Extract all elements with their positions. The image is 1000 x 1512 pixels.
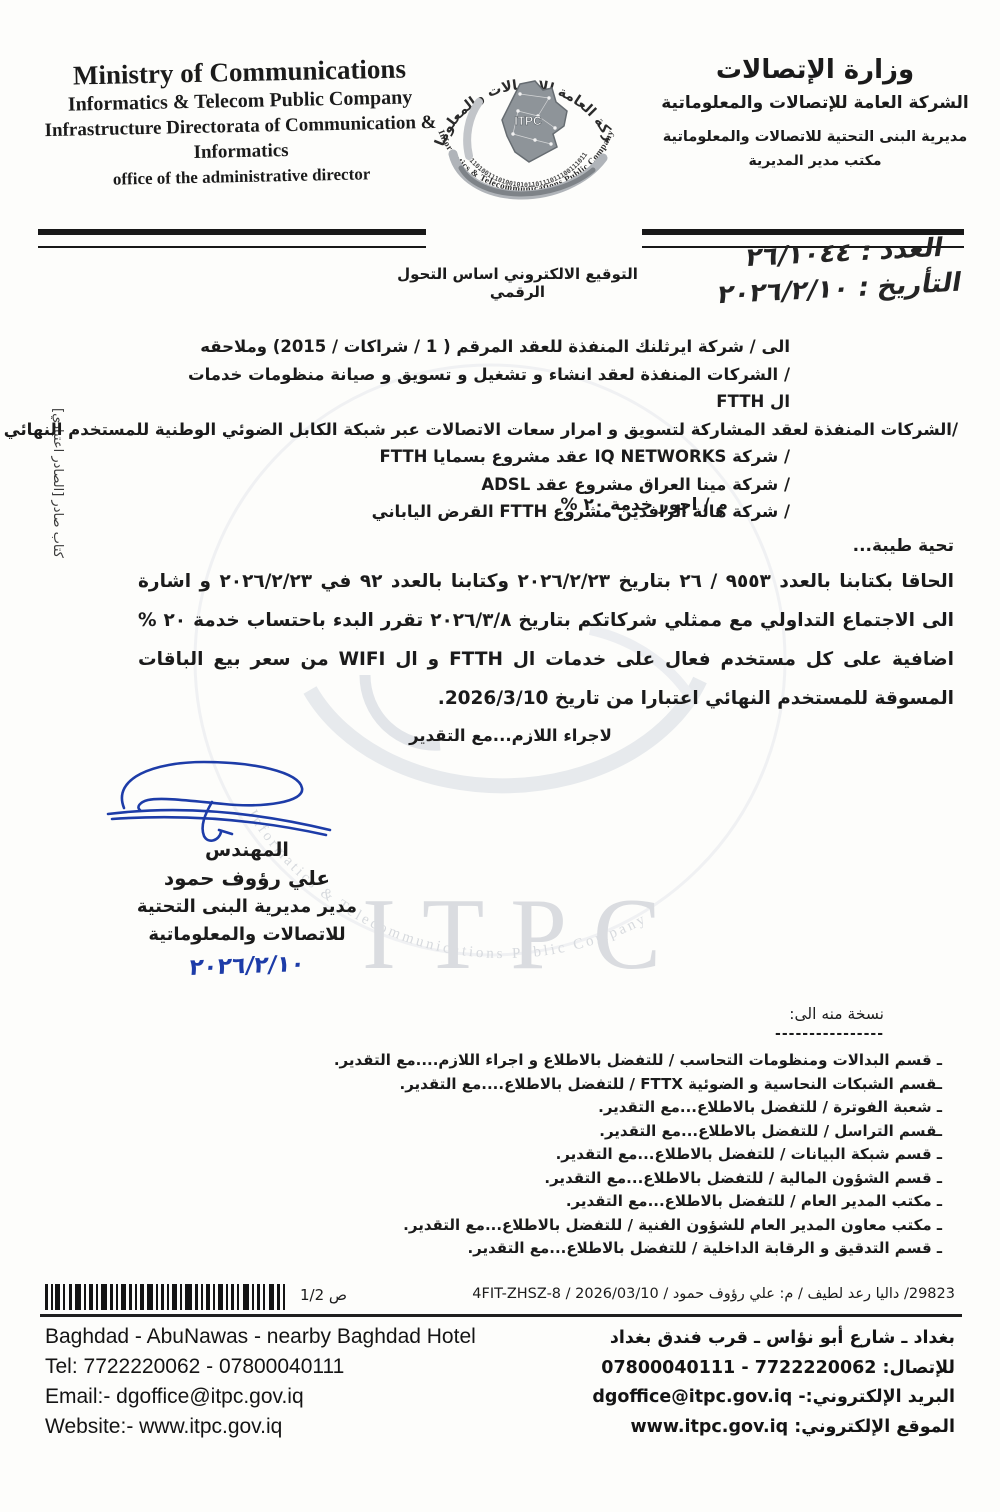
digital-signature-slogan: التوقيع الالكتروني اساس التحول الرقمي — [380, 265, 655, 301]
signer-name: علي رؤوف حمود — [118, 864, 376, 893]
directorate-en: Infrastructure Directorata of Communicat… — [28, 110, 454, 169]
cc-block: نسخة منه الى: ---------------- ـ قسم الب… — [322, 1002, 942, 1261]
cc-item: ـ قسم الشؤون المالية / للتفضل بالاطلاع..… — [322, 1167, 942, 1191]
footer-english: Baghdad - AbuNawas - nearby Baghdad Hote… — [45, 1322, 476, 1442]
page-indicator: ص 1/2 — [300, 1286, 347, 1304]
header-arabic: وزارة الإتصالات الشركة العامة للإتصالات … — [650, 52, 980, 172]
cc-item: ـ قسم البدالات ومنظومات التحاسب / للتفضل… — [322, 1049, 942, 1073]
ref-date: التأريخ : ٢٠٢٦/٢/١٠ — [715, 268, 963, 311]
office-ar: مكتب مدير المديرية — [650, 150, 980, 172]
footer-website-en: Website:- www.itpc.gov.iq — [45, 1412, 476, 1442]
directorate-ar: مديرية البنى التحتية للاتصالات والمعلوما… — [650, 124, 980, 150]
footer-tel-en: Tel: 7722220062 - 07800040111 — [45, 1352, 476, 1382]
cc-item: ـ مكتب المدير العام / للتفضل بالاطلاع...… — [322, 1190, 942, 1214]
addressee-line: الى / شركة ايرثلنك المنفذة للعقد المرقم … — [165, 333, 790, 361]
signature-block: المهندس علي رؤوف حمود مدير مديرية البنى … — [118, 836, 376, 983]
cc-item: ـ قسم شبكة البيانات / للتفضل بالاطلاع...… — [322, 1143, 942, 1167]
header-rule-left — [38, 229, 426, 248]
cc-item: ـ شعبة الفوترة / للتفضل بالاطلاع...مع ال… — [322, 1096, 942, 1120]
footer-website-ar: الموقع الإلكتروني: www.itpc.gov.iq — [592, 1413, 955, 1443]
addressee-line: / شركة IQ NETWORKS عقد مشروع بسمايا FTTH — [165, 443, 790, 471]
closing-line: لاجراء اللازم...مع التقدير — [388, 726, 633, 745]
company-logo: الشركة العامة للاتصالات والمعلوماتية 011… — [423, 36, 629, 242]
signature-date: ٢٠٢٦/٢/١٠ — [116, 945, 379, 988]
subject-line: م / اجور خدمة ٢٠ % — [561, 495, 729, 515]
watermark-itpc-text: ITPC — [362, 878, 687, 991]
cc-item: ـقسم الشبكات النحاسية و الضوئية FTTX / ل… — [322, 1073, 942, 1097]
cc-item: ـقسم التراسل / للتفضل بالاطلاع...مع التق… — [322, 1120, 942, 1144]
logo-itpc-label: ITPC — [514, 114, 542, 128]
signer-position-line2: للاتصالات والمعلوماتية — [118, 921, 376, 949]
barcode — [45, 1284, 290, 1310]
header-english: Ministry of Communications Informatics &… — [27, 52, 455, 195]
addressee-line: / شركة مينا العراق مشروع عقد ADSL — [165, 471, 790, 499]
addressee-line: / الشركات المنفذة لعقد انشاء و تشغيل و ت… — [165, 361, 790, 416]
footer-email-ar: البريد الإلكتروني:- dgoffice@itpc.gov.iq — [592, 1383, 955, 1413]
footer-address-ar: بغداد ـ شارع أبو نؤاس ـ قرب فندق بغداد — [592, 1324, 955, 1354]
signer-title: المهندس — [118, 836, 376, 864]
ministry-title-ar: وزارة الإتصالات — [650, 52, 980, 88]
cc-heading: نسخة منه الى: — [322, 1002, 884, 1026]
footer-tel-ar: للإتصال: 7722220062 - 07800040111 — [592, 1354, 955, 1384]
footer-email-en: Email:- dgoffice@itpc.gov.iq — [45, 1382, 476, 1412]
outgoing-letter-side-note: كتاب صادر [الصادر اعتيادي] — [50, 328, 65, 558]
body-paragraph: الحاقا بكتابنا بالعدد ٩٥٥٣ / ٢٦ بتاريخ ٢… — [138, 562, 954, 718]
cc-item: ـ قسم التدقيق و الرقابة الداخلية / للتفض… — [322, 1237, 942, 1261]
signer-position-line1: مدير مديرية البنى التحتية — [118, 893, 376, 921]
footer-address-en: Baghdad - AbuNawas - nearby Baghdad Hote… — [45, 1322, 476, 1352]
addressee-line: /الشركات المنفذة لعقد المشاركة لتسويق و … — [165, 416, 958, 444]
scanned-letter-page: Informatics & Telecommunications Public … — [0, 0, 1000, 1512]
cc-item: ـ مكتب معاون المدير العام للشؤون الفنية … — [322, 1214, 942, 1238]
greeting-line: تحية طيبة... — [853, 536, 954, 556]
footer-arabic: بغداد ـ شارع أبو نؤاس ـ قرب فندق بغداد ل… — [592, 1324, 955, 1442]
footer-divider — [40, 1314, 962, 1317]
cc-divider: ---------------- — [322, 1026, 884, 1042]
tracking-reference: 29823/ داليا رعد لطيف / م: علي رؤوف حمود… — [472, 1286, 955, 1302]
company-name-ar: الشركة العامة للإتصالات والمعلوماتية — [650, 88, 980, 118]
